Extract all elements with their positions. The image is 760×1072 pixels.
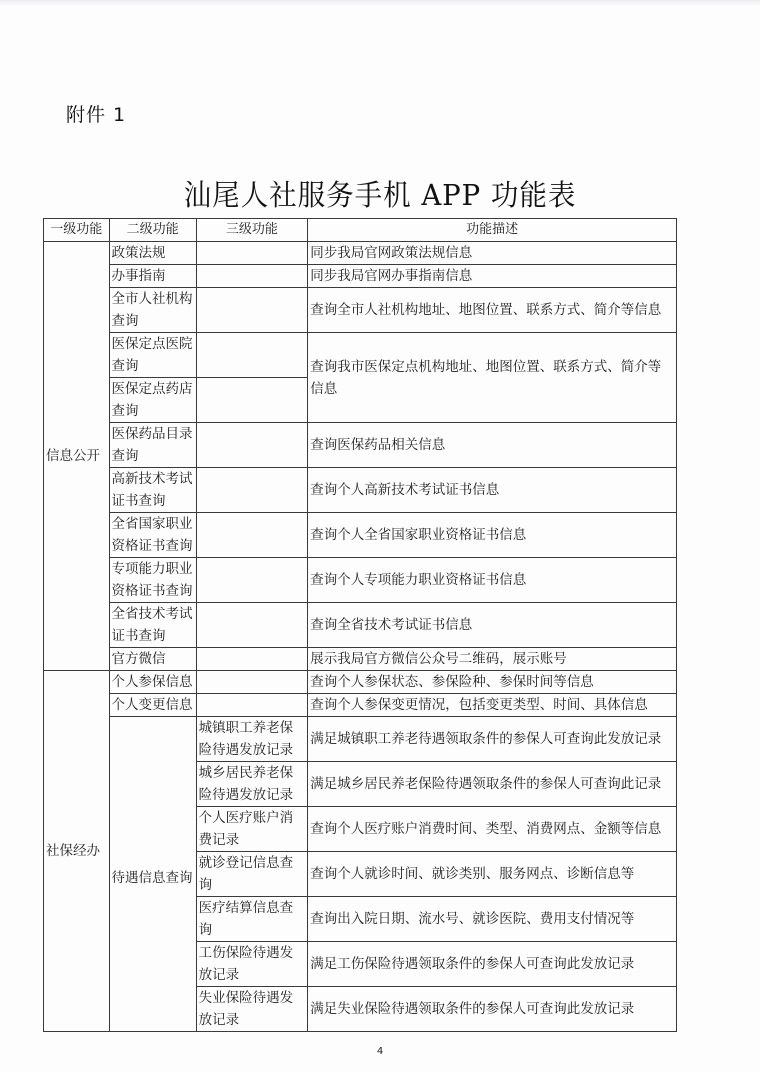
table-row: 医保定点医院查询 查询我市医保定点机构地址、地图位置、联系方式、简介等信息 — [44, 333, 677, 378]
table-row: 待遇信息查询 城镇职工养老保险待遇发放记录 满足城镇职工养老待遇领取条件的参保人… — [44, 717, 677, 762]
description-cell: 同步我局官网办事指南信息 — [308, 265, 677, 288]
level3-cell — [196, 603, 308, 648]
level3-cell: 个人医疗账户消费记录 — [196, 807, 308, 852]
level2-cell: 全省技术考试证书查询 — [109, 603, 196, 648]
description-cell: 满足城乡居民养老保险待遇领取条件的参保人可查询此记录 — [308, 762, 677, 807]
level3-cell — [196, 242, 308, 265]
page-number: 4 — [0, 1046, 760, 1057]
description-cell: 查询医保药品相关信息 — [308, 423, 677, 468]
level3-cell — [196, 333, 308, 378]
description-cell: 查询全市人社机构地址、地图位置、联系方式、简介等信息 — [308, 288, 677, 333]
level2-cell: 专项能力职业资格证书查询 — [109, 558, 196, 603]
table-row: 官方微信 展示我局官方微信公众号二维码，展示账号 — [44, 648, 677, 671]
level2-cell: 医保定点医院查询 — [109, 333, 196, 378]
scan-edge — [0, 0, 760, 6]
level3-cell: 就诊登记信息查询 — [196, 852, 308, 897]
description-cell: 展示我局官方微信公众号二维码，展示账号 — [308, 648, 677, 671]
level2-cell: 个人参保信息 — [109, 671, 196, 694]
level3-cell — [196, 648, 308, 671]
description-cell: 查询个人参保变更情况，包括变更类型、时间、具体信息 — [308, 694, 677, 717]
header-level2: 二级功能 — [109, 219, 196, 242]
header-level3: 三级功能 — [196, 219, 308, 242]
description-cell: 查询个人参保状态、参保险种、参保时间等信息 — [308, 671, 677, 694]
description-cell: 满足失业保险待遇领取条件的参保人可查询此发放记录 — [308, 987, 677, 1032]
level2-cell: 医保定点药店查询 — [109, 378, 196, 423]
level3-cell: 城镇职工养老保险待遇发放记录 — [196, 717, 308, 762]
level1-cell: 信息公开 — [44, 242, 110, 671]
header-level1: 一级功能 — [44, 219, 110, 242]
level1-cell: 社保经办 — [44, 671, 110, 1032]
description-cell: 同步我局官网政策法规信息 — [308, 242, 677, 265]
level2-cell: 全省国家职业资格证书查询 — [109, 513, 196, 558]
table-row: 全省技术考试证书查询 查询全省技术考试证书信息 — [44, 603, 677, 648]
table-header-row: 一级功能 二级功能 三级功能 功能描述 — [44, 219, 677, 242]
level3-cell: 城乡居民养老保险待遇发放记录 — [196, 762, 308, 807]
level2-cell: 个人变更信息 — [109, 694, 196, 717]
function-table: 一级功能 二级功能 三级功能 功能描述 信息公开 政策法规 同步我局官网政策法规… — [43, 218, 677, 1032]
level3-cell: 医疗结算信息查询 — [196, 897, 308, 942]
level3-cell — [196, 671, 308, 694]
level2-cell: 高新技术考试证书查询 — [109, 468, 196, 513]
description-cell: 查询个人全省国家职业资格证书信息 — [308, 513, 677, 558]
table-row: 办事指南 同步我局官网办事指南信息 — [44, 265, 677, 288]
level2-cell: 政策法规 — [109, 242, 196, 265]
description-cell: 满足工伤保险待遇领取条件的参保人可查询此发放记录 — [308, 942, 677, 987]
table-row: 信息公开 政策法规 同步我局官网政策法规信息 — [44, 242, 677, 265]
table-row: 高新技术考试证书查询 查询个人高新技术考试证书信息 — [44, 468, 677, 513]
level2-cell: 医保药品目录查询 — [109, 423, 196, 468]
description-cell: 查询个人专项能力职业资格证书信息 — [308, 558, 677, 603]
level3-cell — [196, 265, 308, 288]
description-cell: 查询个人高新技术考试证书信息 — [308, 468, 677, 513]
level3-cell — [196, 558, 308, 603]
level3-cell — [196, 423, 308, 468]
description-cell: 查询出入院日期、流水号、就诊医院、费用支付情况等 — [308, 897, 677, 942]
level3-cell — [196, 468, 308, 513]
table-row: 全市人社机构查询 查询全市人社机构地址、地图位置、联系方式、简介等信息 — [44, 288, 677, 333]
table-row: 全省国家职业资格证书查询 查询个人全省国家职业资格证书信息 — [44, 513, 677, 558]
description-cell: 查询全省技术考试证书信息 — [308, 603, 677, 648]
level2-cell: 办事指南 — [109, 265, 196, 288]
level3-cell: 工伤保险待遇发放记录 — [196, 942, 308, 987]
description-cell: 查询个人医疗账户消费时间、类型、消费网点、金额等信息 — [308, 807, 677, 852]
table-row: 社保经办 个人参保信息 查询个人参保状态、参保险种、参保时间等信息 — [44, 671, 677, 694]
table-row: 专项能力职业资格证书查询 查询个人专项能力职业资格证书信息 — [44, 558, 677, 603]
level2-cell: 全市人社机构查询 — [109, 288, 196, 333]
description-cell: 满足城镇职工养老待遇领取条件的参保人可查询此发放记录 — [308, 717, 677, 762]
table-row: 医保药品目录查询 查询医保药品相关信息 — [44, 423, 677, 468]
level3-cell — [196, 378, 308, 423]
header-description: 功能描述 — [308, 219, 677, 242]
level2-cell: 官方微信 — [109, 648, 196, 671]
description-cell: 查询我市医保定点机构地址、地图位置、联系方式、简介等信息 — [308, 333, 677, 423]
level3-cell — [196, 513, 308, 558]
level3-cell: 失业保险待遇发放记录 — [196, 987, 308, 1032]
level3-cell — [196, 694, 308, 717]
description-cell: 查询个人就诊时间、就诊类别、服务网点、诊断信息等 — [308, 852, 677, 897]
level3-cell — [196, 288, 308, 333]
document-title: 汕尾人社服务手机 APP 功能表 — [19, 173, 741, 214]
table-row: 个人变更信息 查询个人参保变更情况，包括变更类型、时间、具体信息 — [44, 694, 677, 717]
level2-cell: 待遇信息查询 — [109, 717, 196, 1032]
attachment-label: 附件 1 — [66, 100, 126, 127]
